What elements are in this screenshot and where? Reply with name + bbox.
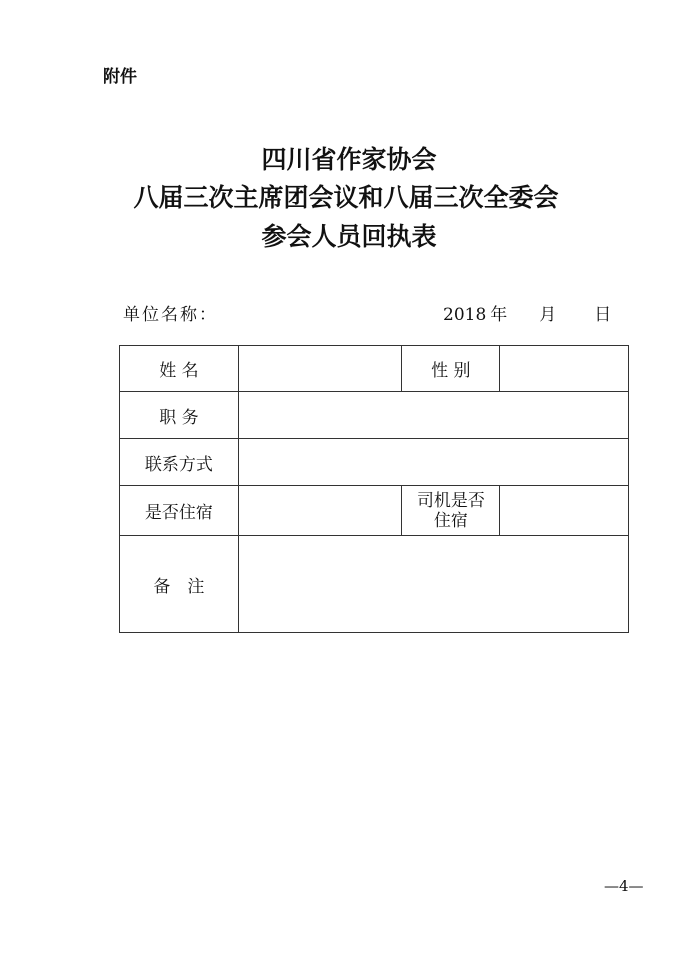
- page-number: —4—: [604, 877, 644, 895]
- position-label: 职 务: [120, 392, 239, 439]
- name-field[interactable]: [238, 346, 402, 392]
- registration-form-table: 姓 名 性 别 职 务 联系方式 是否住宿 司机是否 住宿 备 注: [119, 345, 629, 633]
- gender-field[interactable]: [500, 346, 629, 392]
- position-field[interactable]: [238, 392, 628, 439]
- attachment-label: 附件: [103, 62, 137, 87]
- driver-accommodation-label-line2: 住宿: [402, 511, 499, 531]
- remarks-field[interactable]: [238, 536, 628, 633]
- name-label: 姓 名: [120, 346, 239, 392]
- year-suffix: 年: [490, 300, 507, 325]
- row-accommodation: 是否住宿 司机是否 住宿: [120, 486, 629, 536]
- day-suffix: 日: [594, 300, 611, 325]
- title-line-1: 四川省作家协会: [0, 143, 698, 177]
- gender-label: 性 别: [402, 346, 500, 392]
- contact-label: 联系方式: [120, 439, 239, 486]
- unit-name-label: 单位名称：: [123, 300, 218, 325]
- accommodation-label: 是否住宿: [120, 486, 239, 536]
- driver-accommodation-field[interactable]: [500, 486, 629, 536]
- remarks-label: 备 注: [120, 536, 239, 633]
- row-contact: 联系方式: [120, 439, 629, 486]
- title-line-2: 八届三次主席团会议和八届三次全委会: [0, 181, 695, 215]
- row-name: 姓 名 性 别: [120, 346, 629, 392]
- year-value: 2018: [443, 305, 486, 325]
- contact-field[interactable]: [238, 439, 628, 486]
- date-line: 2018年月日: [443, 300, 611, 325]
- row-position: 职 务: [120, 392, 629, 439]
- title-line-3: 参会人员回执表: [0, 220, 698, 254]
- driver-accommodation-label: 司机是否 住宿: [402, 486, 500, 536]
- driver-accommodation-label-line1: 司机是否: [402, 491, 499, 511]
- row-remarks: 备 注: [120, 536, 629, 633]
- month-suffix: 月: [539, 300, 556, 325]
- accommodation-field[interactable]: [238, 486, 402, 536]
